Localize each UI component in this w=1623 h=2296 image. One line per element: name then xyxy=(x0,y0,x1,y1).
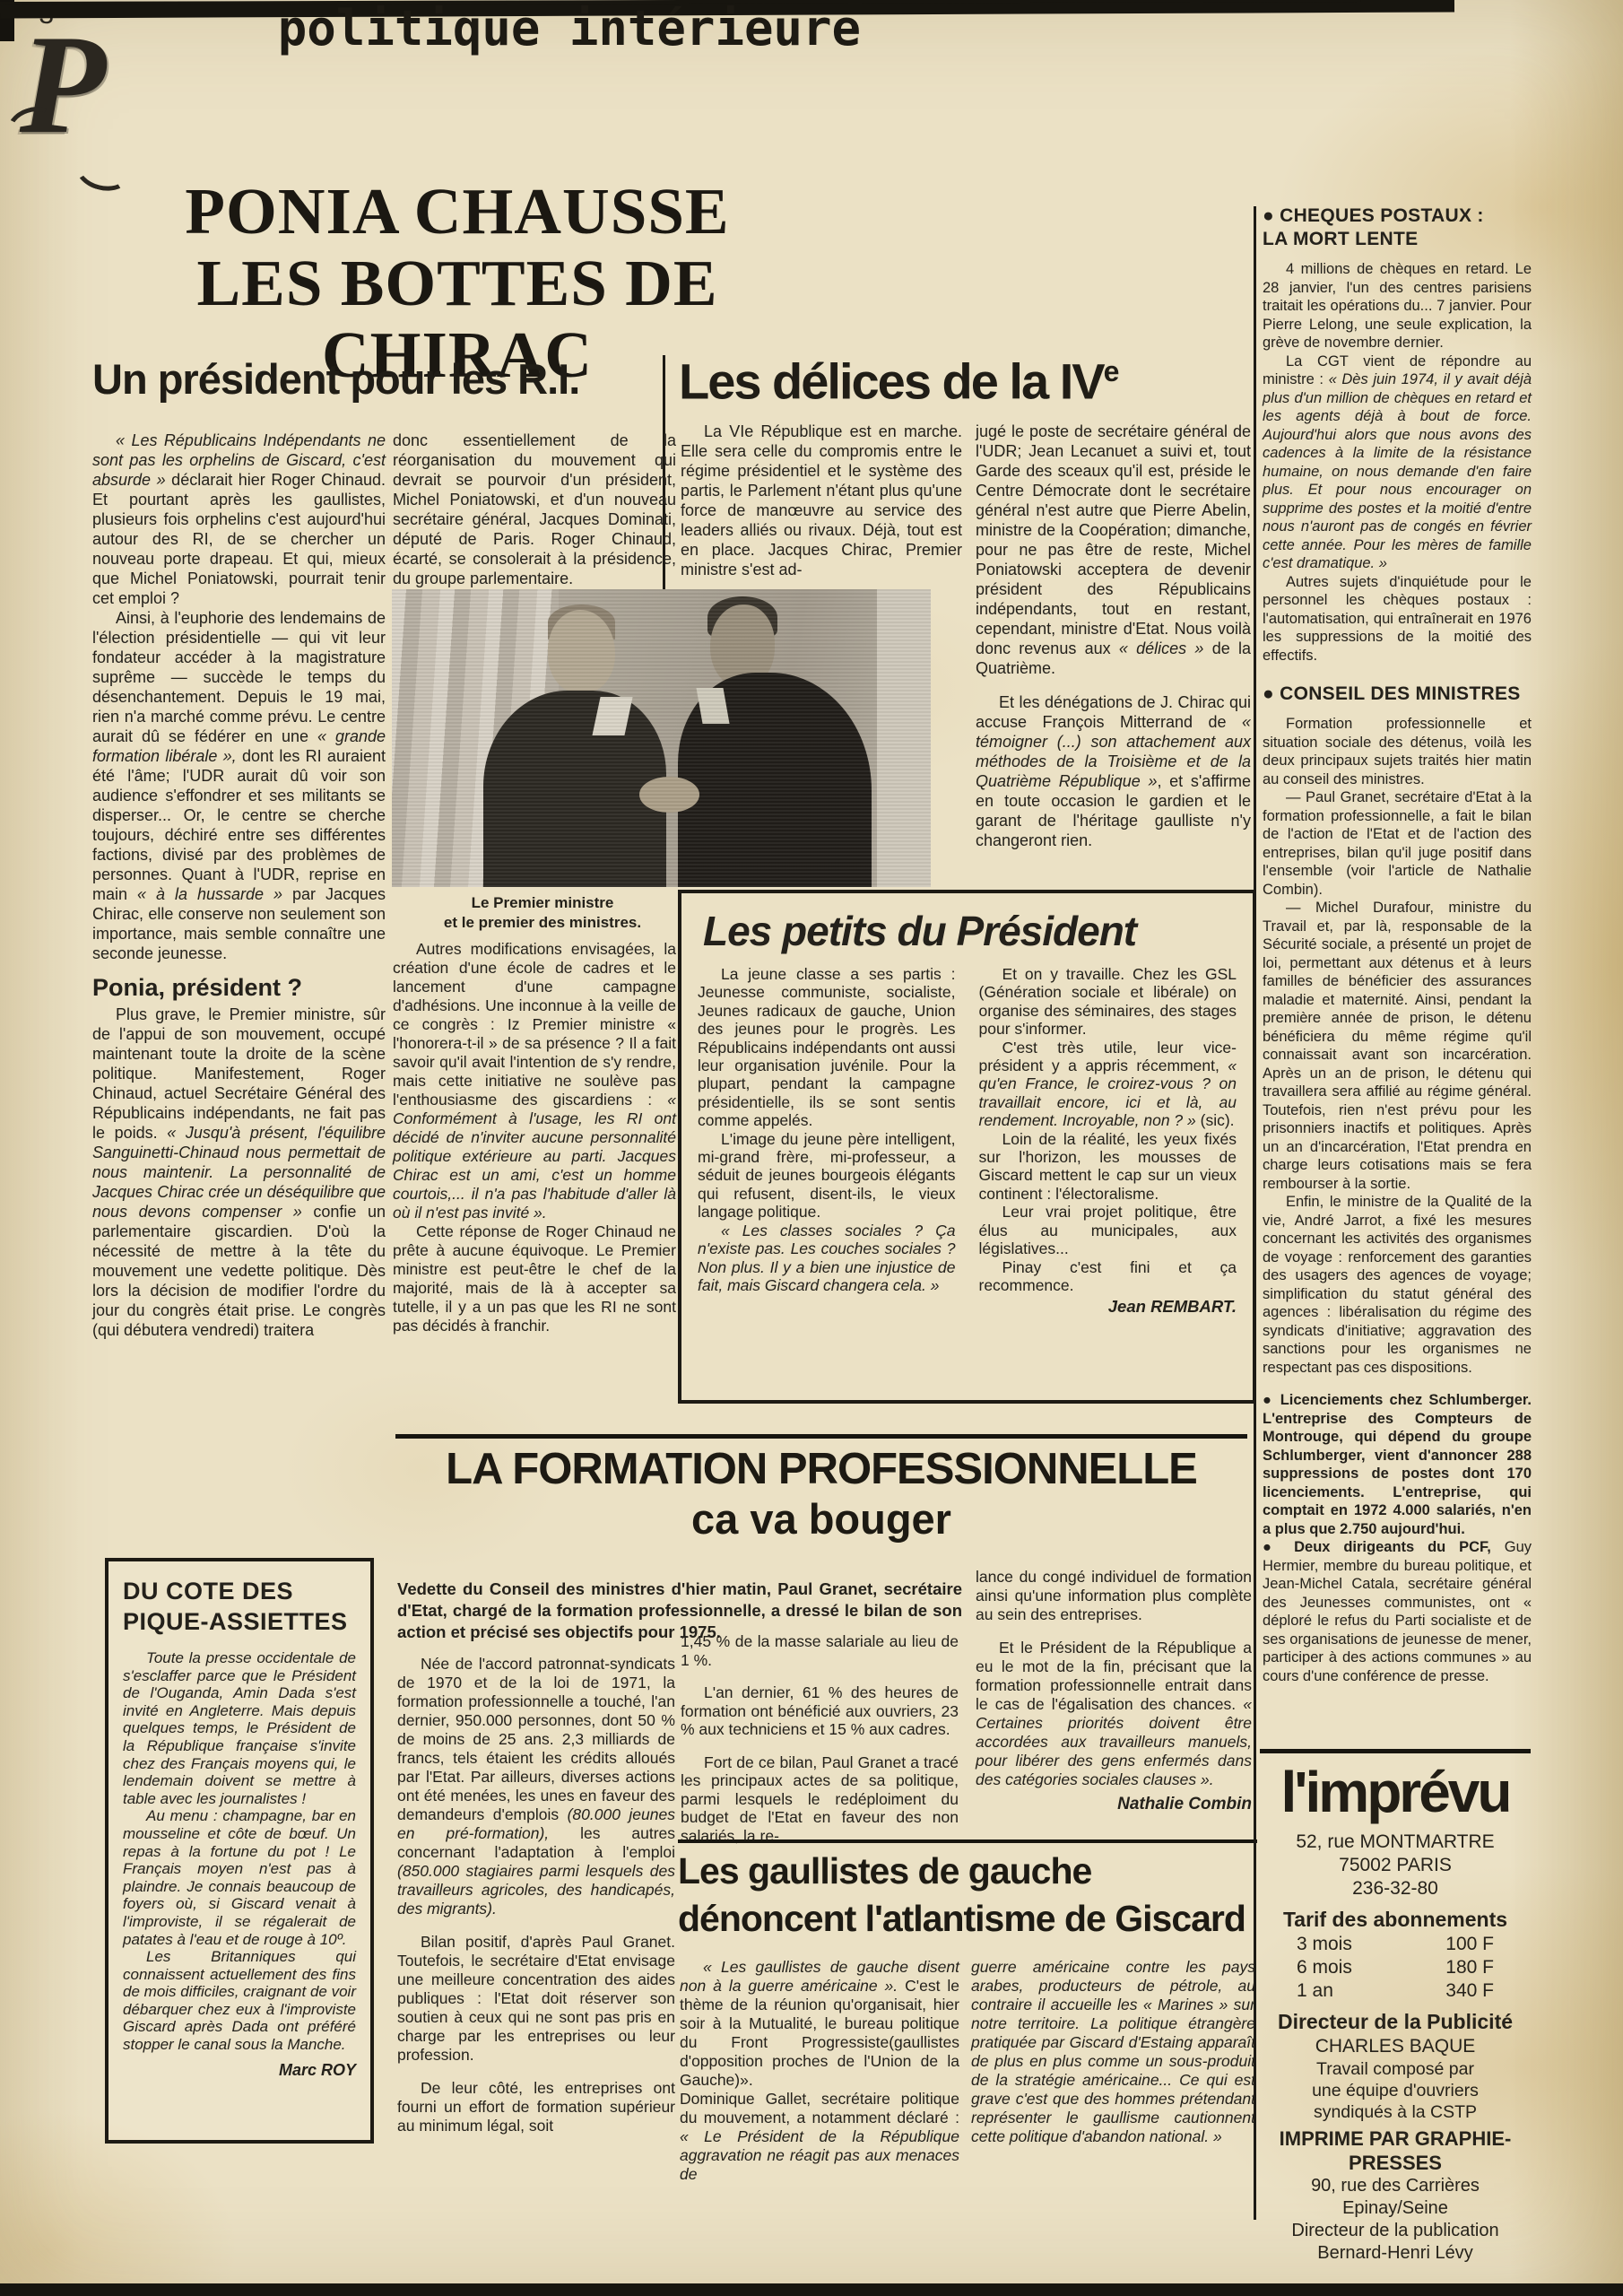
text-run: Dominique Gallet, secrétaire politique d… xyxy=(680,2090,959,2126)
paragraph: « Les Républicains Indépendants ne sont … xyxy=(92,430,386,608)
paragraph: Et le Président de la République a eu le… xyxy=(976,1639,1252,1789)
text-run: (850.000 stagiaires parmi lesquels des t… xyxy=(397,1862,675,1918)
rail-cheques-title: ● CHEQUES POSTAUX : LA MORT LENTE xyxy=(1263,204,1532,251)
box-petits-column1: La jeune classe a ses partis : Jeunesse … xyxy=(698,965,956,1317)
paragraph: La CGT vient de répondre au ministre : «… xyxy=(1263,352,1532,573)
paragraph: Loin de la réalité, les yeux fixés sur l… xyxy=(979,1130,1237,1204)
formation-headline-line1: LA FORMATION PROFESSIONNELLE xyxy=(395,1444,1247,1494)
gaullistes-headline-line1: Les gaullistes de gauche xyxy=(678,1850,1091,1892)
box-petits-title: Les petits du Président xyxy=(703,908,1237,954)
paragraph: et le premier des ministres. xyxy=(395,913,690,933)
article-ri-subhead: Un président pour les R.I. xyxy=(92,357,666,402)
paragraph: ● Deux dirigeants du PCF, Guy Hermier, m… xyxy=(1263,1538,1532,1685)
rail-brief-items: ● Licenciements chez Schlumberger. L'ent… xyxy=(1263,1391,1532,1685)
section-title: politique intérieure xyxy=(0,0,861,57)
text-run: confie un parlementaire giscardien. D'où… xyxy=(92,1203,386,1339)
newspaper-logo: l'imprévu xyxy=(1260,1753,1531,1831)
paragraph: 52, rue MONTMARTRE xyxy=(1260,1831,1531,1854)
imprint-pub-name: CHARLES BAQUE xyxy=(1260,2035,1531,2058)
article-delices-headline-text: Les délices de la IV xyxy=(679,353,1104,410)
box-petits-signature: Jean REMBART. xyxy=(979,1298,1237,1316)
paragraph: Enfin, le ministre de la Qualité de la v… xyxy=(1263,1193,1532,1377)
formation-headline-line2: ca va bouger xyxy=(395,1494,1247,1544)
paragraph: « Les gaullistes de gauche disent non à … xyxy=(680,1958,959,2090)
rail-cheques-title-line1: ● CHEQUES POSTAUX : xyxy=(1263,205,1484,226)
table-cell: 1 an xyxy=(1297,1979,1333,2003)
paragraph: lance du congé individuel de formation a… xyxy=(976,1568,1252,1624)
formation-headline: LA FORMATION PROFESSIONNELLE ca va bouge… xyxy=(395,1444,1247,1544)
imprint-tarif-title: Tarif des abonnements xyxy=(1260,1906,1531,1933)
main-headline-line1: PONIA CHAUSSE xyxy=(185,175,729,248)
box-pique-title-line1: DU COTE DES xyxy=(123,1578,293,1605)
article-ri-crosshead: Ponia, président ? xyxy=(92,978,386,997)
text-run: Et les dénégations de J. Chirac qui accu… xyxy=(976,693,1251,731)
box-petits-president: Les petits du Président La jeune classe … xyxy=(678,890,1256,1404)
table-cell: 180 F xyxy=(1445,1956,1494,1979)
paragraph: Cette réponse de Roger Chinaud ne prête … xyxy=(393,1222,676,1335)
imprint-director: Directeur de la publication Bernard-Henr… xyxy=(1260,2220,1531,2265)
box-pique-signature: Marc ROY xyxy=(123,2061,356,2080)
paragraph: Travail composé par xyxy=(1260,2058,1531,2080)
ornament-letter: P xyxy=(0,0,126,170)
paragraph: PRESSES xyxy=(1260,2151,1531,2175)
imprint-address: 52, rue MONTMARTRE75002 PARIS236-32-80 xyxy=(1260,1831,1531,1900)
article-ri-column2-top: donc essentiellement de la réorganisatio… xyxy=(393,430,676,588)
paragraph: 1,45 % de la masse salariale au lieu de … xyxy=(681,1632,959,1669)
gaullistes-headline-line2: dénoncent l'atlantisme de Giscard xyxy=(678,1898,1245,1939)
paragraph: une équipe d'ouvriers xyxy=(1260,2080,1531,2101)
text-run: « délices » xyxy=(1119,639,1204,657)
article-delices-column1: La VIe République est en marche. Elle se… xyxy=(681,422,962,579)
formation-column-c-paragraphs: lance du congé individuel de formation a… xyxy=(976,1568,1252,1789)
text-run: ● Deux dirigeants du PCF, xyxy=(1263,1539,1491,1555)
text-run: Ainsi, à l'euphorie des lendemains de l'… xyxy=(92,609,386,745)
paragraph: IMPRIME PAR GRAPHIE- xyxy=(1260,2126,1531,2151)
rail-conseil-title: ● CONSEIL DES MINISTRES xyxy=(1263,683,1532,706)
table-row: 6 mois180 F xyxy=(1297,1956,1494,1979)
imprint-printer-address: 90, rue des CarrièresEpinay/Seine xyxy=(1260,2175,1531,2220)
formation-column-a: Née de l'accord patronnat-syndicats de 1… xyxy=(397,1655,675,2135)
paragraph: 75002 PARIS xyxy=(1260,1854,1531,1877)
table-row: 1 an340 F xyxy=(1297,1979,1494,2003)
paragraph: Dominique Gallet, secrétaire politique d… xyxy=(680,2090,959,2184)
photo-handshake xyxy=(392,589,931,887)
paragraph: La VIe République est en marche. Elle se… xyxy=(681,422,962,579)
paragraph: 4 millions de chèques en retard. Le 28 j… xyxy=(1263,260,1532,352)
text-run: dont les RI auraient été l'âme; l'UDR au… xyxy=(92,747,386,903)
text-run: déclarait hier Roger Chinaud. Et pourtan… xyxy=(92,471,386,607)
box-pique-paragraphs: Toute la presse occidentale de s'esclaff… xyxy=(123,1649,356,2054)
text-run: C'est très utile, leur vice-président y … xyxy=(979,1039,1237,1074)
photo-grain-overlay xyxy=(392,589,931,887)
paragraph: Fort de ce bilan, Paul Granet a tracé le… xyxy=(681,1753,959,1846)
text-run: Plus grave, le Premier ministre, sûr de … xyxy=(92,1005,386,1142)
paragraph: Bilan positif, d'après Paul Granet. Tout… xyxy=(397,1933,675,2065)
paragraph: Ainsi, à l'euphorie des lendemains de l'… xyxy=(92,608,386,963)
paragraph: Leur vrai projet politique, être élus au… xyxy=(979,1203,1237,1257)
paragraph: L'image du jeune père intelligent, mi-gr… xyxy=(698,1130,956,1222)
rail-divider-rule xyxy=(1254,206,1256,2220)
table-cell: 340 F xyxy=(1445,1979,1494,2003)
gaullistes-top-rule xyxy=(678,1839,1257,1843)
paragraph: Au menu : champagne, bar en mousseline e… xyxy=(123,1807,356,1948)
paragraph: De leur côté, les entreprises ont fourni… xyxy=(397,2079,675,2135)
paragraph: « Les classes sociales ? Ça n'existe pas… xyxy=(698,1222,956,1295)
bottom-rule xyxy=(0,2283,1623,2296)
article-ri-column2-bottom: Autres modifications envisagées, la créa… xyxy=(393,940,676,1335)
paragraph: Les Britanniques qui connaissent actuell… xyxy=(123,1948,356,2054)
table-row: 3 mois100 F xyxy=(1297,1933,1494,1956)
imprint-pub-title: Directeur de la Publicité xyxy=(1260,2008,1531,2035)
paragraph: Pinay c'est fini et ça recommence. xyxy=(979,1258,1237,1295)
box-petits-column2: Et on y travaille. Chez les GSL (Générat… xyxy=(979,965,1237,1317)
formation-column-b: 1,45 % de la masse salariale au lieu de … xyxy=(681,1632,959,1845)
text-run: Guy Hermier, membre du bureau politique,… xyxy=(1263,1539,1532,1684)
imprint-director-title: Directeur de la publication xyxy=(1260,2220,1531,2242)
box-petits-column2-paragraphs: Et on y travaille. Chez les GSL (Générat… xyxy=(979,965,1237,1294)
table-cell: 6 mois xyxy=(1297,1956,1352,1979)
text-run: « Dès juin 1974, il y avait déjà plus d'… xyxy=(1263,371,1532,571)
paragraph: ● Licenciements chez Schlumberger. L'ent… xyxy=(1263,1391,1532,1538)
paragraph: — Michel Durafour, ministre du Travail e… xyxy=(1263,899,1532,1193)
paragraph: Autres sujets d'inquiétude pour le perso… xyxy=(1263,573,1532,665)
paragraph: Et on y travaille. Chez les GSL (Générat… xyxy=(979,965,1237,1039)
box-pique-assiettes: DU COTE DES PIQUE-ASSIETTES Toute la pre… xyxy=(105,1558,374,2144)
box-petits-columns: La jeune classe a ses partis : Jeunesse … xyxy=(698,965,1237,1317)
formation-signature: Nathalie Combin xyxy=(976,1795,1252,1813)
gaullistes-column1: « Les gaullistes de gauche disent non à … xyxy=(680,1958,959,2184)
ornament-P-icon: P xyxy=(0,0,126,193)
article-ri-column1: « Les Républicains Indépendants ne sont … xyxy=(92,430,386,1340)
text-run: Autres modifications envisagées, la créa… xyxy=(393,940,676,1109)
paragraph: Le Premier ministre xyxy=(395,893,690,913)
box-pique-title-line2: PIQUE-ASSIETTES xyxy=(123,1608,348,1635)
text-run: Et le Président de la République a eu le… xyxy=(976,1639,1252,1713)
paragraph: 90, rue des Carrières xyxy=(1260,2175,1531,2197)
paragraph: jugé le poste de secrétaire général de l… xyxy=(976,422,1251,678)
imprint-tarif-table: 3 mois100 F6 mois180 F1 an340 F xyxy=(1260,1933,1531,2003)
paragraph: Plus grave, le Premier ministre, sûr de … xyxy=(92,1004,386,1340)
paragraph: syndiqués à la CSTP xyxy=(1260,2101,1531,2123)
rail-cheques-paragraphs: 4 millions de chèques en retard. Le 28 j… xyxy=(1263,260,1532,665)
imprint-printer: IMPRIME PAR GRAPHIE-PRESSES xyxy=(1260,2126,1531,2175)
imprint-note: Travail composé parune équipe d'ouvriers… xyxy=(1260,2058,1531,2123)
table-cell: 3 mois xyxy=(1297,1933,1352,1956)
text-run: (sic). xyxy=(1196,1111,1235,1129)
text-run: jugé le poste de secrétaire général de l… xyxy=(976,422,1251,657)
rail-cheques-title-line2: LA MORT LENTE xyxy=(1263,229,1418,249)
paragraph: Et les dénégations de J. Chirac qui accu… xyxy=(976,692,1251,850)
article-delices-column2: jugé le poste de secrétaire général de l… xyxy=(976,422,1251,850)
formation-column-c: lance du congé individuel de formation a… xyxy=(976,1568,1252,1813)
article-delices-headline: Les délices de la IVe xyxy=(679,344,1260,409)
imprint-block: l'imprévu 52, rue MONTMARTRE75002 PARIS2… xyxy=(1260,1749,1531,2265)
gaullistes-column2: guerre américaine contre les pays arabes… xyxy=(971,1958,1255,2146)
gaullistes-headline: Les gaullistes de gauche dénoncent l'atl… xyxy=(678,1848,1288,1943)
text-run: « à la hussarde » xyxy=(137,885,282,903)
formation-top-rule xyxy=(395,1434,1247,1439)
text-run: « Le Président de la République aggravat… xyxy=(680,2127,959,2183)
paragraph: guerre américaine contre les pays arabes… xyxy=(971,1958,1255,2146)
table-cell: 100 F xyxy=(1445,1933,1494,1956)
paragraph: La jeune classe a ses partis : Jeunesse … xyxy=(698,965,956,1130)
text-run: « Conformément à l'usage, les RI ont déc… xyxy=(393,1091,676,1222)
right-rail: ● CHEQUES POSTAUX : LA MORT LENTE 4 mill… xyxy=(1263,204,1532,1685)
rail-conseil-paragraphs: Formation professionnelle et situation s… xyxy=(1263,715,1532,1377)
article-delices-headline-sup: e xyxy=(1104,355,1118,387)
paragraph: Epinay/Seine xyxy=(1260,2197,1531,2220)
box-pique-title: DU COTE DES PIQUE-ASSIETTES xyxy=(123,1576,356,1637)
paragraph: 236-32-80 xyxy=(1260,1877,1531,1900)
paragraph: Née de l'accord patronnat-syndicats de 1… xyxy=(397,1655,675,1918)
paragraph: Toute la presse occidentale de s'esclaff… xyxy=(123,1649,356,1807)
article-ri-col1b-paragraphs: Plus grave, le Premier ministre, sûr de … xyxy=(92,1004,386,1340)
photo-caption: Le Premier ministreet le premier des min… xyxy=(395,893,690,933)
newspaper-page: 3 politique intérieure P PONIA CHAUSSE L… xyxy=(0,0,1623,2296)
imprint-director-name: Bernard-Henri Lévy xyxy=(1260,2242,1531,2265)
paragraph: L'an dernier, 61 % des heures de formati… xyxy=(681,1683,959,1739)
article-ri-col1-paragraphs: « Les Républicains Indépendants ne sont … xyxy=(92,430,386,963)
paragraph: C'est très utile, leur vice-président y … xyxy=(979,1039,1237,1130)
paragraph: Formation professionnelle et situation s… xyxy=(1263,715,1532,788)
paragraph: Autres modifications envisagées, la créa… xyxy=(393,940,676,1222)
text-run: Née de l'accord patronnat-syndicats de 1… xyxy=(397,1655,675,1823)
paragraph: donc essentiellement de la réorganisatio… xyxy=(393,430,676,588)
paragraph: — Paul Granet, secrétaire d'Etat à la fo… xyxy=(1263,788,1532,899)
